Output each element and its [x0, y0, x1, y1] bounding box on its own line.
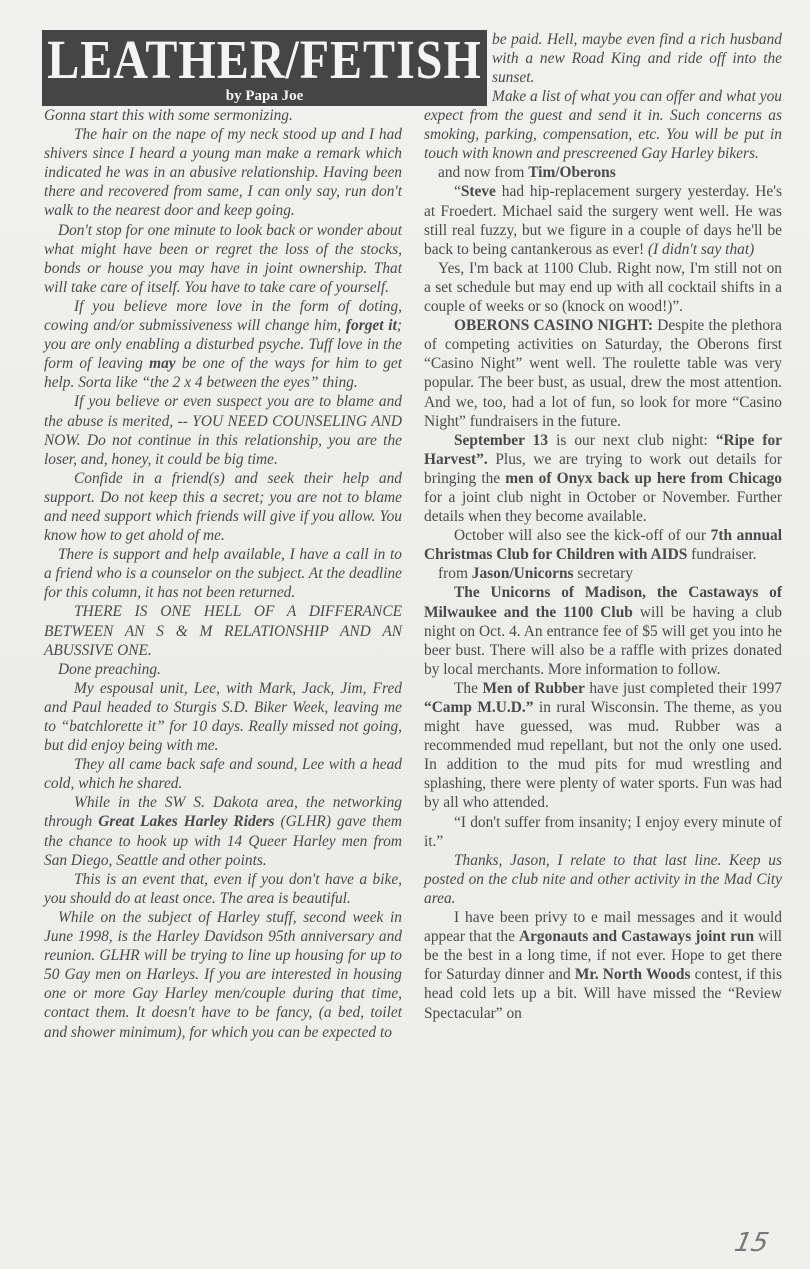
paragraph: THERE IS ONE HELL OF A DIFFERANCE BETWEE… — [44, 602, 402, 659]
emphasis-text: may — [149, 355, 176, 372]
right-column: Make a list of what you can offer and wh… — [424, 87, 782, 1023]
paragraph: There is support and help available, I h… — [44, 545, 402, 602]
paragraph: The Men of Rubber have just completed th… — [424, 679, 782, 813]
paragraph: October will also see the kick-off of ou… — [424, 526, 782, 564]
text-run: for a joint club night in October or Nov… — [424, 489, 782, 525]
paragraph: Done preaching. — [44, 660, 402, 679]
paragraph: I have been privy to e mail messages and… — [424, 908, 782, 1023]
text-run: October will also see the kick-off of ou… — [454, 527, 711, 544]
text-run: The — [454, 680, 483, 697]
event-name: “Camp M.U.D.” — [424, 699, 533, 716]
paragraph: from Jason/Unicorns secretary — [424, 564, 782, 583]
paragraph: Thanks, Jason, I relate to that last lin… — [424, 851, 782, 908]
page-number: 15 — [732, 1228, 771, 1258]
column-title: LEATHER/FETISH — [42, 32, 487, 90]
paragraph: Don't stop for one minute to look back o… — [44, 221, 402, 297]
paragraph: My espousal unit, Lee, with Mark, Jack, … — [44, 679, 402, 755]
quote: “I don't suffer from insanity; I enjoy e… — [424, 813, 782, 851]
paragraph: While on the subject of Harley stuff, se… — [44, 908, 402, 1042]
paragraph: Make a list of what you can offer and wh… — [424, 87, 782, 163]
text-run: “ — [454, 183, 461, 200]
emphasis-text: forget it — [346, 317, 397, 334]
text-run: is our next club night: — [548, 432, 716, 449]
paragraph: September 13 is our next club night: “Ri… — [424, 431, 782, 526]
text-run: from — [438, 565, 472, 582]
paragraph: They all came back safe and sound, Lee w… — [44, 755, 402, 793]
event-heading: OBERONS CASINO NIGHT: — [454, 317, 653, 334]
event-date: September 13 — [454, 432, 548, 449]
text-run: fundraiser. — [687, 546, 756, 563]
paragraph: Yes, I'm back at 1100 Club. Right now, I… — [424, 259, 782, 316]
aside-text: (I didn't say that) — [648, 241, 754, 258]
column-title-banner: LEATHER/FETISH by Papa Joe — [42, 30, 487, 106]
paragraph: Gonna start this with some sermonizing. — [44, 106, 402, 125]
right-column-top: be paid. Hell, maybe even find a rich hu… — [492, 30, 782, 87]
contributor-name: Tim/Oberons — [528, 164, 616, 181]
person-name: Steve — [461, 183, 496, 200]
paragraph: If you believe or even suspect you are t… — [44, 392, 402, 468]
contest-name: Mr. North Woods — [575, 966, 691, 983]
contributor-name: Jason/Unicorns — [472, 565, 574, 582]
paragraph: If you believe more love in the form of … — [44, 297, 402, 392]
organization-name: Great Lakes Harley Riders — [98, 813, 274, 830]
paragraph: be paid. Hell, maybe even find a rich hu… — [492, 30, 782, 87]
paragraph: OBERONS CASINO NIGHT: Despite the pletho… — [424, 316, 782, 431]
emphasis-text: men of Onyx back up here from Chicago — [505, 470, 782, 487]
paragraph: “Steve had hip-replacement surgery yeste… — [424, 182, 782, 258]
newsletter-page: LEATHER/FETISH by Papa Joe Gonna start t… — [0, 0, 810, 1269]
left-column: Gonna start this with some sermonizing. … — [44, 106, 402, 1042]
text-run: secretary — [574, 565, 633, 582]
paragraph: The Unicorns of Madison, the Castaways o… — [424, 583, 782, 678]
paragraph: The hair on the nape of my neck stood up… — [44, 125, 402, 220]
event-name: Argonauts and Castaways joint run — [519, 928, 754, 945]
paragraph: While in the SW S. Dakota area, the netw… — [44, 793, 402, 869]
paragraph: This is an event that, even if you don't… — [44, 870, 402, 908]
paragraph: and now from Tim/Oberons — [424, 163, 782, 182]
text-run: and now from — [438, 164, 528, 181]
paragraph: Confide in a friend(s) and seek their he… — [44, 469, 402, 545]
text-run: have just completed their 1997 — [585, 680, 782, 697]
club-name: Men of Rubber — [483, 680, 585, 697]
